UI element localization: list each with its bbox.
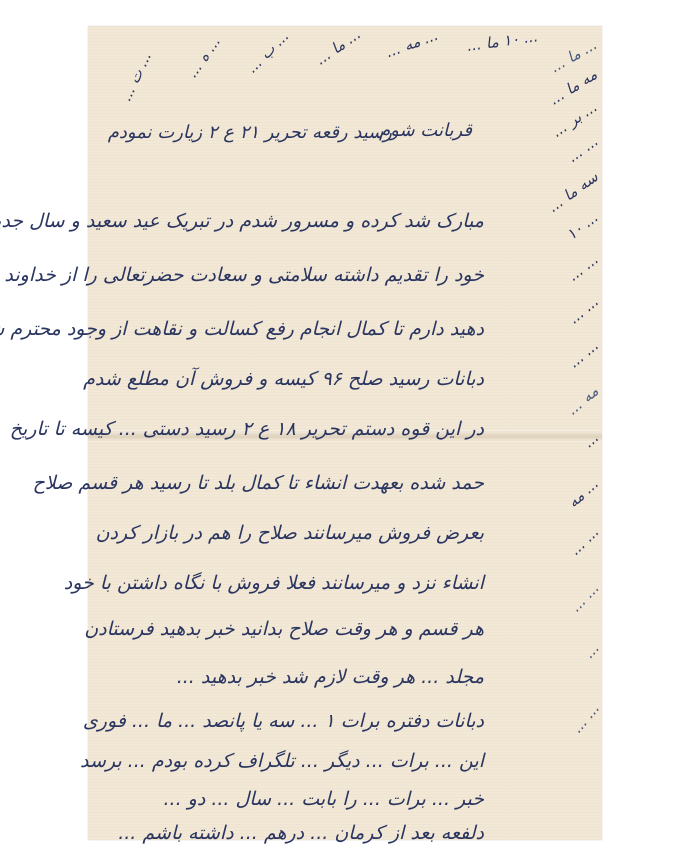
body-line: خبر ... برات ... را بابت ... سال ... دو … [163, 788, 484, 810]
body-line: دبانات رسید صلح ۹۶ کیسه و فروش آن مطلع ش… [83, 368, 484, 390]
body-line: دلفعه بعد از کرمان ... درهم ... داشته با… [118, 822, 484, 844]
body-line: بعرض فروش میرسانند صلاح را هم در بازار ک… [96, 522, 484, 544]
body-line: انشاء نزد و میرسانند فعلا فروش با نگاه د… [64, 572, 484, 594]
header-fan-line: ... ت ... [117, 49, 155, 104]
margin-note: ... ... [564, 250, 601, 285]
header-fan-line: ... ما ... [312, 25, 364, 69]
reference-line: رسید رقعه تحریر ۲۱ ع ۲ زیارت نمودم [108, 122, 392, 143]
body-line: این ... برات ... دیگر ... تلگراف کرده بو… [80, 750, 484, 772]
margin-note: سه ما ... [545, 168, 602, 216]
body-line: هر قسم و هر وقت صلاح بدانید خبر بدهید فر… [84, 618, 484, 640]
header-fan-line: ... ۱۰ ما ... [466, 27, 539, 55]
margin-note: ... ... [566, 579, 602, 616]
header-fan-line: ... ه ... [183, 33, 224, 81]
margin-note: ... [580, 639, 603, 662]
margin-note: ... ... [565, 336, 602, 371]
body-line: در این قوه دستم تحریر ۱۸ ع ۲ رسید دستی .… [10, 418, 484, 440]
body-line: دبانات دفتره برات ۱ ... سه یا پانصد ... … [83, 710, 484, 732]
margin-note: مه ... [563, 382, 602, 418]
margin-note: ... ۱۰ [563, 208, 602, 244]
body-line: دهید دارم تا کمال انجام رفع کسالت و نقاه… [0, 318, 484, 340]
margin-note: ... ... [568, 699, 603, 736]
margin-note: ... ... [565, 292, 602, 327]
header-fan-line: ... ب ... [243, 27, 293, 77]
body-line: مبارک شد کرده و مسرور شدم در تبریک عید س… [0, 210, 484, 232]
letter-paper: ... ۱۰ ما ... ... مه ... ... ما ... ... … [88, 26, 602, 840]
margin-note: ... مه [564, 474, 602, 511]
salutation: قربانت شوم [379, 120, 472, 141]
body-line: خود را تقدیم داشته سلامتی و سعادت حضرتعا… [0, 264, 484, 286]
header-fan-line: ... مه ... [383, 26, 440, 61]
body-line: حمد شده بعهدت انشاء تا کمال بلد تا رسید … [33, 472, 484, 494]
margin-note: ... ... [564, 132, 602, 166]
margin-note: ... ... [566, 523, 603, 559]
body-line: مجلد ... هر وقت لازم شد خبر بدهید ... [177, 666, 484, 688]
